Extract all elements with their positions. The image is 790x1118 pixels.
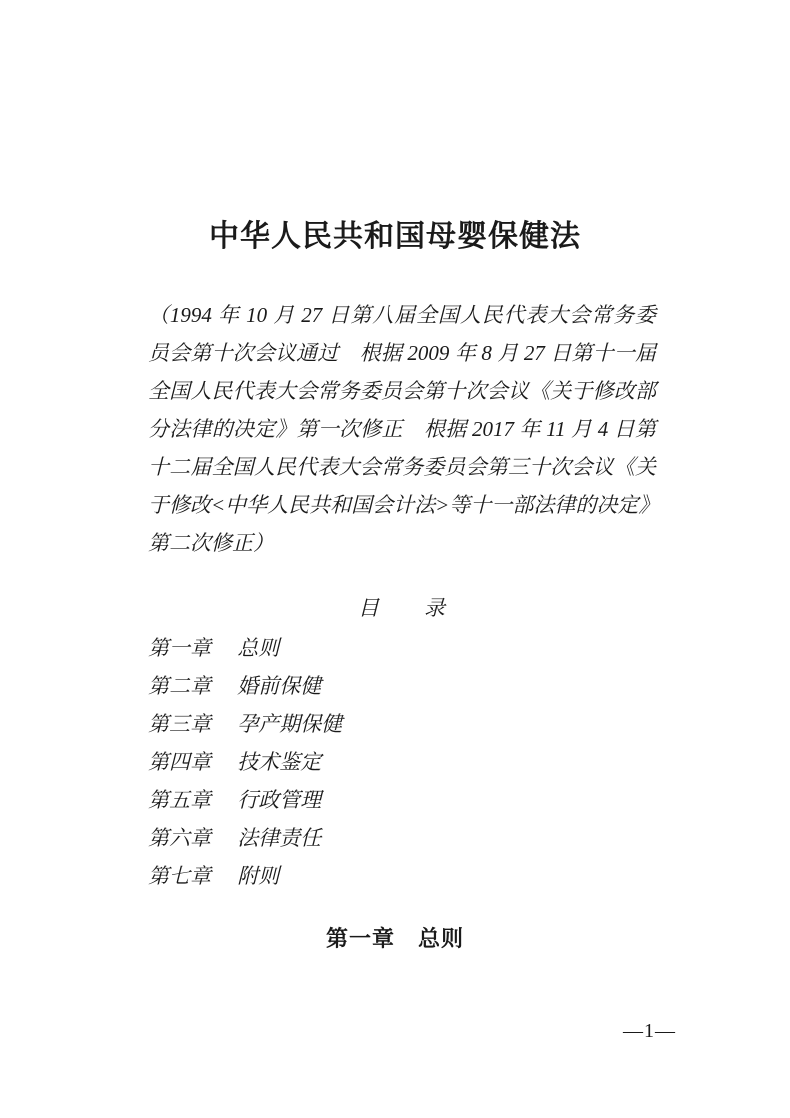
toc-chapter-number: 第五章 <box>148 781 211 819</box>
page-number: —1— <box>623 1020 676 1043</box>
document-title: 中华人民共和国母婴保健法 <box>0 211 790 255</box>
preamble-line-3: 全国人民代表大会常务委员会第十次会议《关于修改部 <box>148 372 656 410</box>
toc-item-chapter-4: 第四章 技术鉴定 <box>148 743 656 781</box>
table-of-contents: 目 录 第一章 总则 第二章 婚前保健 第三章 孕产期保健 第四章 技术鉴定 第… <box>148 589 656 895</box>
document-page: 中华人民共和国母婴保健法 （1994 年 10 月 27 日第八届全国人民代表大… <box>0 0 790 1118</box>
toc-item-chapter-2: 第二章 婚前保健 <box>148 667 656 705</box>
preamble-line-6: 于修改<中华人民共和国会计法>等十一部法律的决定》 <box>148 486 656 524</box>
preamble-paragraph: （1994 年 10 月 27 日第八届全国人民代表大会常务委 员会第十次会议通… <box>148 296 656 562</box>
chapter-1-heading: 第一章 总则 <box>0 922 790 953</box>
toc-heading: 目 录 <box>148 589 656 627</box>
preamble-line-5: 十二届全国人民代表大会常务委员会第三十次会议《关 <box>148 448 656 486</box>
toc-item-chapter-1: 第一章 总则 <box>148 629 656 667</box>
toc-chapter-number: 第四章 <box>148 743 211 781</box>
toc-item-chapter-3: 第三章 孕产期保健 <box>148 705 656 743</box>
toc-chapter-title: 孕产期保健 <box>237 712 342 736</box>
toc-chapter-number: 第一章 <box>148 629 211 667</box>
toc-chapter-title: 技术鉴定 <box>237 750 321 774</box>
preamble-line-4: 分法律的决定》第一次修正 根据 2017 年 11 月 4 日第 <box>148 410 656 448</box>
toc-chapter-title: 法律责任 <box>237 826 321 850</box>
toc-chapter-number: 第六章 <box>148 819 211 857</box>
toc-chapter-title: 附则 <box>237 864 279 888</box>
toc-item-chapter-5: 第五章 行政管理 <box>148 781 656 819</box>
toc-item-chapter-7: 第七章 附则 <box>148 857 656 895</box>
preamble-line-1: （1994 年 10 月 27 日第八届全国人民代表大会常务委 <box>148 296 656 334</box>
toc-chapter-title: 行政管理 <box>237 788 321 812</box>
toc-chapter-title: 婚前保健 <box>237 674 321 698</box>
toc-chapter-number: 第七章 <box>148 857 211 895</box>
toc-chapter-title: 总则 <box>237 636 279 660</box>
toc-chapter-number: 第三章 <box>148 705 211 743</box>
preamble-line-7: 第二次修正） <box>148 524 656 562</box>
toc-list: 第一章 总则 第二章 婚前保健 第三章 孕产期保健 第四章 技术鉴定 第五章 行… <box>148 629 656 895</box>
toc-chapter-number: 第二章 <box>148 667 211 705</box>
toc-item-chapter-6: 第六章 法律责任 <box>148 819 656 857</box>
preamble-line-2: 员会第十次会议通过 根据 2009 年 8 月 27 日第十一届 <box>148 334 656 372</box>
